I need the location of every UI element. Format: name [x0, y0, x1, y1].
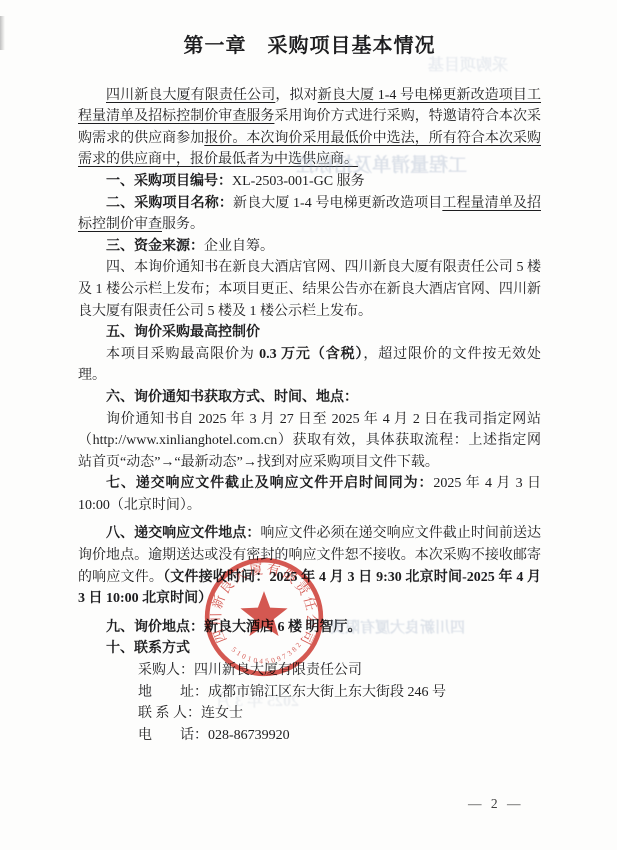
- contact-phone: 电 话：028-86739920: [138, 725, 541, 747]
- item-publication: 四、本询价通知书在新良大酒店官网、四川新良大厦有限责任公司 5 楼及 1 楼公示…: [78, 257, 541, 322]
- document-page: 第一章 采购项目基本情况 四川新良大厦有限责任公司，拟对新良大厦 1-4 号电梯…: [0, 0, 617, 850]
- contact-address: 地 址：成都市锦江区东大街上东大街段 246 号: [138, 682, 541, 704]
- page-number: — 2 —: [468, 796, 524, 812]
- document-body: 第一章 采购项目基本情况 四川新良大厦有限责任公司，拟对新良大厦 1-4 号电梯…: [78, 36, 541, 746]
- item-submission-place: 八、递交响应文件地点：响应文件必须在递交响应文件截止时间前送达询价地点。逾期送达…: [78, 523, 541, 609]
- page-title: 第一章 采购项目基本情况: [78, 36, 541, 58]
- buyer-name: 四川新良大厦有限责任公司: [106, 88, 275, 103]
- item-price-cap-body: 本项目采购最高限价为 0.3 万元（含税），超过限价的文件按无效处理。: [78, 344, 541, 387]
- item-project-name: 二、采购项目名称：新良大厦 1-4 号电梯更新改造项目工程量清单及招标控制价审查…: [78, 193, 541, 236]
- scan-edge-artifact: [0, 16, 5, 50]
- item-contact-heading: 十、联系方式: [78, 638, 541, 660]
- contact-buyer: 采购人：四川新良大厦有限责任公司: [138, 660, 541, 682]
- item-project-number: 一、采购项目编号：XL-2503-001-GC 服务: [78, 171, 541, 193]
- item-deadline: 七、递交响应文件截止及响应文件开启时间同为：2025 年 4 月 3 日 10:…: [78, 473, 541, 516]
- item-price-cap-heading: 五、询价采购最高控制价: [78, 322, 541, 344]
- item-inquiry-place: 九、询价地点：新良大酒店 6 楼 明智厅。: [78, 617, 541, 639]
- item-notice-access-body: 询价通知书自 2025 年 3 月 27 日至 2025 年 4 月 2 日在我…: [78, 409, 541, 474]
- item-notice-access-heading: 六、询价通知书获取方式、时间、地点：: [78, 387, 541, 409]
- contact-person: 联 系 人：连女士: [138, 703, 541, 725]
- item-funding-source: 三、资金来源：企业自筹。: [78, 236, 541, 258]
- intro-paragraph: 四川新良大厦有限责任公司，拟对新良大厦 1-4 号电梯更新改造项目工程量清单及招…: [78, 85, 541, 171]
